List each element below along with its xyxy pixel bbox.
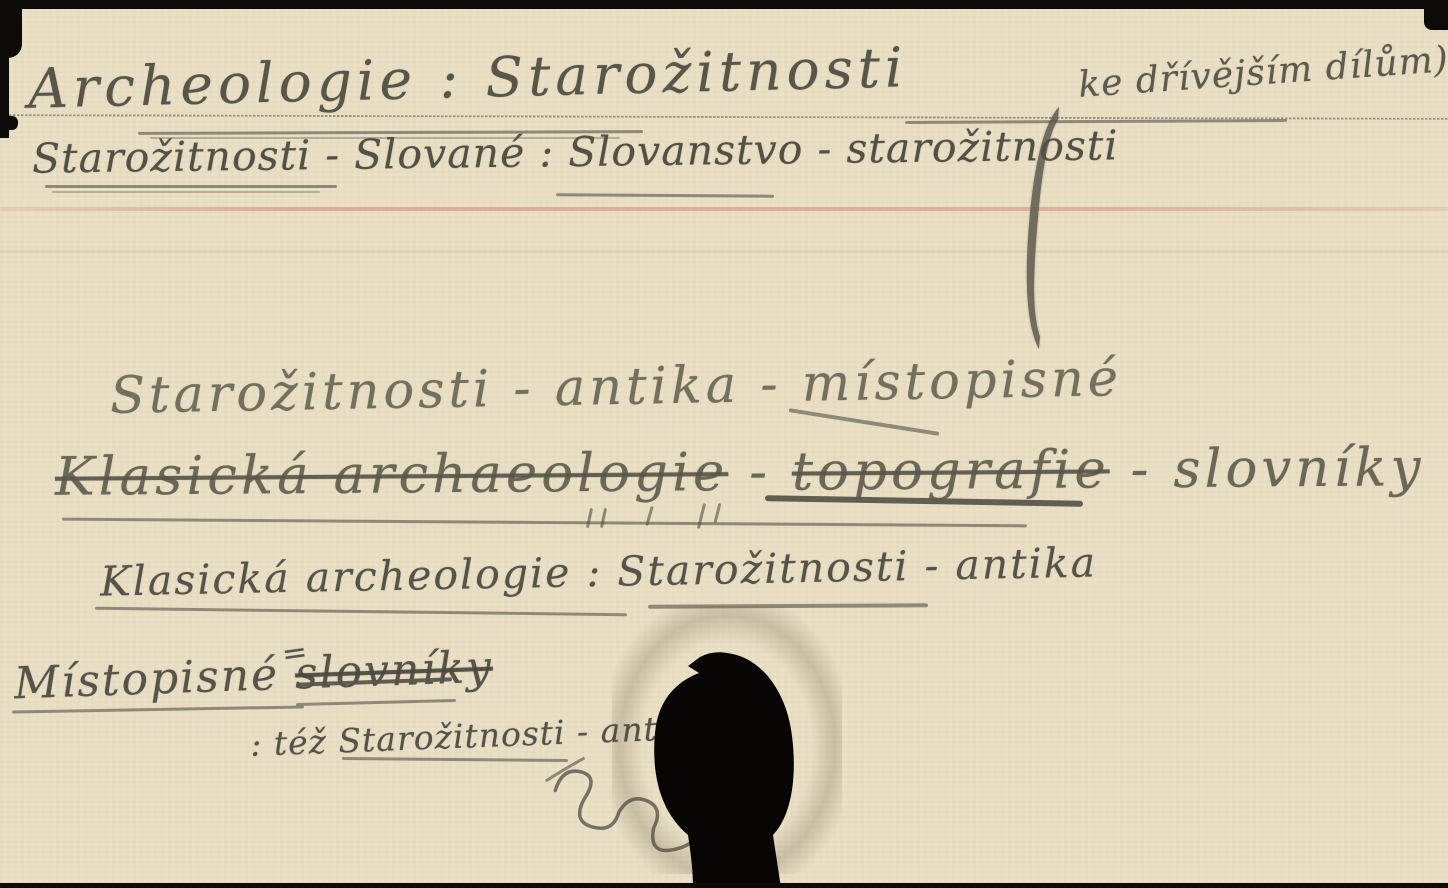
catalog-card-scan: Archeologie : Starožitnosti ke dřívějším…: [0, 0, 1448, 888]
scan-edge-top: [0, 0, 1448, 9]
scan-edge-bottom: [0, 883, 1448, 888]
scan-edge-top-right-notch: [1424, 0, 1448, 30]
punch-hole: [0, 0, 1448, 888]
scan-edge-left-notch-1: [0, 40, 16, 54]
scan-edge-left-notch-2: [0, 116, 18, 130]
